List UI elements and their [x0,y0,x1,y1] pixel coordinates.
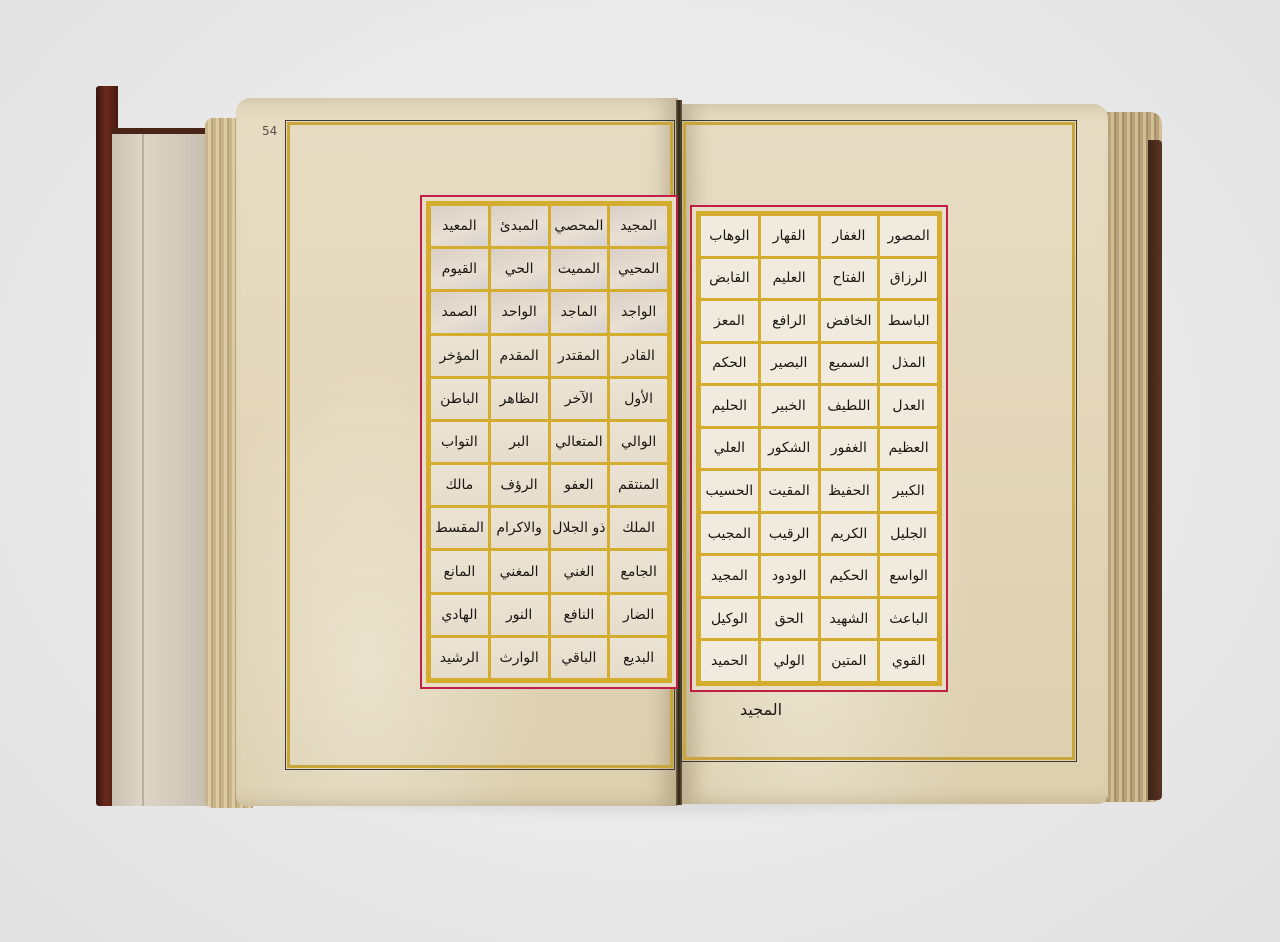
name-cell: الغني [551,551,608,591]
name-cell: العدل [880,386,937,426]
name-cell: الحليم [701,386,758,426]
name-cell: المنتقم [610,465,667,505]
name-cell: الحكم [701,344,758,384]
name-cell: الواسع [880,556,937,596]
name-cell: المتين [821,641,878,681]
name-cell: العليم [761,259,818,299]
name-cell: القهار [761,216,818,256]
name-cell: الواجد [610,292,667,332]
name-cell: الحسيب [701,471,758,511]
name-cell: الغفار [821,216,878,256]
name-cell: المقيت [761,471,818,511]
name-cell: المتعالي [551,422,608,462]
name-cell: البديع [610,638,667,678]
name-cell: البصير [761,344,818,384]
name-cell: الضار [610,595,667,635]
name-cell: الهادي [431,595,488,635]
name-cell: القابض [701,259,758,299]
name-cell: الرافع [761,301,818,341]
name-cell: الرزاق [880,259,937,299]
name-cell: المعيد [431,206,488,246]
name-cell: الجامع [610,551,667,591]
name-cell: المقتدر [551,336,608,376]
name-cell: القيوم [431,249,488,289]
name-cell: والاكرام [491,508,548,548]
name-cell: مالك [431,465,488,505]
catchword: المجيد [740,700,782,719]
name-cell: النافع [551,595,608,635]
name-cell: العفو [551,465,608,505]
name-cell: الجليل [880,514,937,554]
page-number: 54 [262,124,277,138]
name-cell: الوارث [491,638,548,678]
name-cell: الباقي [551,638,608,678]
name-cell: الودود [761,556,818,596]
name-cell: المجيب [701,514,758,554]
name-cell: الباعث [880,599,937,639]
name-cell: الباسط [880,301,937,341]
name-cell: المجيد [610,206,667,246]
name-cell: الولي [761,641,818,681]
name-cell: الرقيب [761,514,818,554]
name-cell: العلي [701,429,758,469]
name-cell: الحفيظ [821,471,878,511]
left-names-grid: المعيدالمبدئالمحصيالمجيدالقيومالحيالمميت… [420,195,678,689]
name-cell: الظاهر [491,379,548,419]
name-cell: الحكيم [821,556,878,596]
name-cell: الرشيد [431,638,488,678]
name-cell: السميع [821,344,878,384]
name-cell: المحصي [551,206,608,246]
name-cell: الحميد [701,641,758,681]
name-cell: الشكور [761,429,818,469]
name-cell: النور [491,595,548,635]
name-cell: الآخر [551,379,608,419]
name-cell: اللطيف [821,386,878,426]
name-cell: القوي [880,641,937,681]
name-cell: المقسط [431,508,488,548]
name-cell: الوكيل [701,599,758,639]
name-cell: الحي [491,249,548,289]
name-cell: الخبير [761,386,818,426]
name-cell: الصمد [431,292,488,332]
name-cell: المصور [880,216,937,256]
name-cell: الغفور [821,429,878,469]
name-cell: المغني [491,551,548,591]
name-cell: الخافض [821,301,878,341]
name-cell: التواب [431,422,488,462]
name-cell: العظيم [880,429,937,469]
name-cell: الماجد [551,292,608,332]
endpaper [112,128,212,806]
name-cell: المذل [880,344,937,384]
name-cell: الفتاح [821,259,878,299]
name-cell: المؤخر [431,336,488,376]
name-cell: ذو الجلال [551,508,608,548]
name-cell: المبدئ [491,206,548,246]
name-cell: الحق [761,599,818,639]
name-cell: الكريم [821,514,878,554]
name-cell: المجيد [701,556,758,596]
name-cell: الباطن [431,379,488,419]
name-cell: الشهيد [821,599,878,639]
name-cell: المحيي [610,249,667,289]
name-cell: البر [491,422,548,462]
name-cell: المعز [701,301,758,341]
name-cell: الواحد [491,292,548,332]
name-cell: الأول [610,379,667,419]
name-cell: الوهاب [701,216,758,256]
name-cell: الكبير [880,471,937,511]
name-cell: الوالي [610,422,667,462]
right-names-grid: الوهابالقهارالغفارالمصورالقابضالعليمالفت… [690,205,948,692]
name-cell: المانع [431,551,488,591]
back-cover-leather [1148,140,1162,800]
name-cell: المميت [551,249,608,289]
name-cell: الرؤف [491,465,548,505]
name-cell: الملك [610,508,667,548]
name-cell: المقدم [491,336,548,376]
name-cell: القادر [610,336,667,376]
